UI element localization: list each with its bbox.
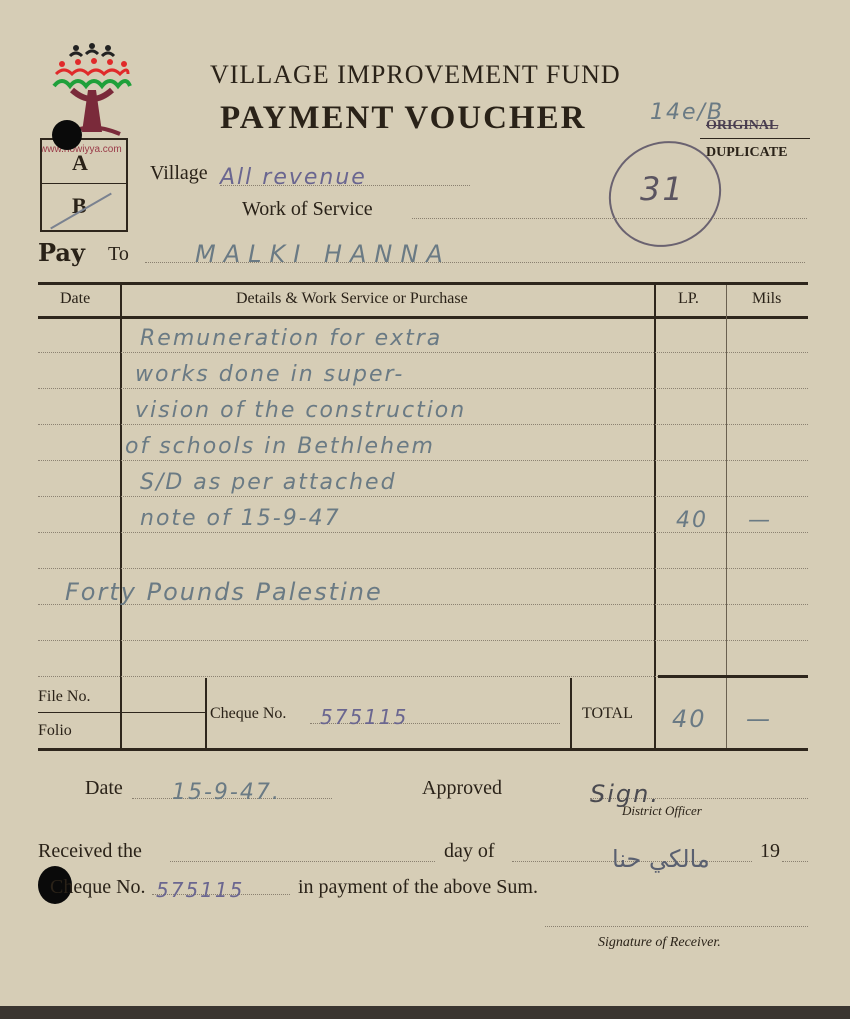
receipt-cheque-field[interactable]: 575115	[152, 878, 290, 895]
district-officer-label: District Officer	[622, 803, 702, 819]
receiver-arabic-signature: مالكي حنا	[612, 845, 710, 873]
header-date: Date	[60, 290, 90, 308]
to-label: To	[108, 243, 129, 266]
table-top-border	[38, 282, 808, 285]
village-value: All revenue	[220, 165, 367, 190]
pay-label: Pay	[38, 238, 85, 267]
header-lp: LP.	[678, 290, 699, 308]
detail-line-5: S/D as per attached	[140, 470, 397, 495]
title-fund: VILLAGE IMPROVEMENT FUND	[210, 60, 621, 90]
receiver-signature-field[interactable]	[545, 922, 808, 927]
footer-date-label: Date	[85, 777, 123, 800]
pay-to-field[interactable]: MALKI HANNA	[145, 240, 805, 263]
cheque-field[interactable]: 575115	[310, 705, 560, 724]
detail-line-3: vision of the construction	[135, 398, 466, 423]
total-mils: —	[746, 705, 772, 733]
work-label: Work of Service	[242, 198, 373, 221]
village-label: Village	[150, 162, 208, 185]
receipt-cheque-value: 575115	[156, 878, 244, 902]
cheque-prefix: Cheque No.	[50, 876, 146, 899]
cheque-value: 575115	[320, 705, 408, 729]
header-details: Details & Work Service or Purchase	[236, 290, 468, 308]
scan-edge	[0, 1006, 850, 1019]
amount-in-words: Forty Pounds Palestine	[65, 578, 383, 606]
signature-receiver-label: Signature of Receiver.	[598, 935, 721, 951]
copy-original: ORIGINAL	[706, 118, 778, 134]
pay-to-value: MALKI HANNA	[195, 240, 451, 268]
village-field[interactable]: All revenue	[220, 165, 470, 186]
table-bottom-border	[38, 748, 808, 751]
day-of-label: day of	[444, 840, 495, 863]
detail-line-6: note of 15-9-47	[140, 506, 341, 531]
amount-mils: —	[748, 508, 772, 533]
footer-date-value: 15-9-47.	[172, 780, 281, 805]
cheque-label: Cheque No.	[210, 705, 286, 723]
total-label: TOTAL	[582, 705, 633, 723]
approved-field[interactable]: Sign.	[590, 780, 808, 799]
received-field[interactable]	[170, 845, 435, 862]
payment-text: in payment of the above Sum.	[298, 876, 538, 899]
year-prefix: 19	[760, 840, 780, 863]
file-no-label: File No.	[38, 688, 90, 706]
detail-line-2: works done in super-	[135, 362, 404, 387]
punch-hole	[52, 120, 82, 150]
page-title: PAYMENT VOUCHER	[220, 100, 586, 137]
day-of-field[interactable]: مالكي حنا	[512, 845, 752, 862]
amount-lp: 40	[676, 508, 708, 533]
total-lp: 40	[672, 705, 707, 733]
folio-label: Folio	[38, 722, 72, 740]
detail-line-4: of schools in Bethlehem	[125, 434, 435, 459]
header-mils: Mils	[752, 290, 781, 308]
box-a: A	[72, 150, 88, 176]
detail-line-1: Remuneration for extra	[140, 326, 442, 351]
work-field[interactable]	[412, 200, 807, 219]
approved-label: Approved	[422, 777, 502, 800]
received-label: Received the	[38, 840, 142, 863]
footer-date-field[interactable]: 15-9-47.	[132, 780, 332, 799]
copy-duplicate: DUPLICATE	[706, 145, 787, 161]
table-header-border	[38, 316, 808, 319]
